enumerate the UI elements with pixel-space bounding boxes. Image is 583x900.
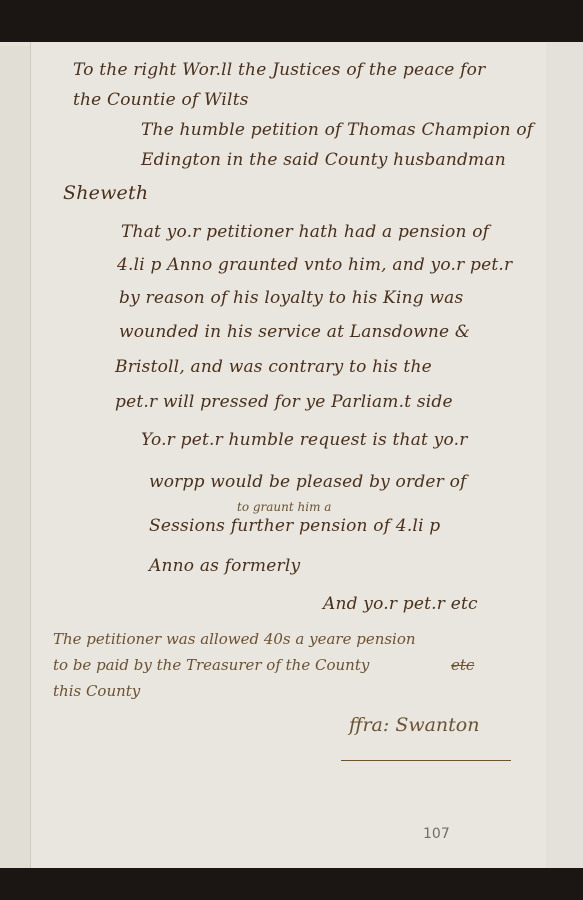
endorsement-line-2: to be paid by the Treasurer of the Count… — [53, 656, 369, 674]
endorsement-struck-word: etc — [451, 656, 474, 674]
petition-heading-1: The humble petition of Thomas Champion o… — [141, 120, 533, 140]
body-line-3: by reason of his loyalty to his King was — [119, 288, 463, 308]
body-line-5: Bristoll, and was contrary to his the — [115, 357, 432, 377]
endorsement-line-3: this County — [53, 682, 140, 700]
body-line-2: 4.li p Anno graunted vnto him, and yo.r … — [117, 255, 512, 275]
body-line-6: pet.r will pressed for ye Parliam.t side — [115, 392, 453, 412]
sheweth-heading: Sheweth — [63, 182, 148, 204]
signature: ffra: Swanton — [349, 714, 479, 736]
right-page-edge — [546, 42, 583, 868]
body-line-7: Yo.r pet.r humble request is that yo.r — [141, 430, 468, 450]
address-line-1: To the right Wor.ll the Justices of the … — [73, 60, 485, 80]
closing-line: And yo.r pet.r etc — [323, 594, 478, 614]
manuscript-sheet: To the right Wor.ll the Justices of the … — [0, 42, 583, 868]
folio-number: 107 — [423, 826, 450, 842]
left-page-edge — [0, 46, 30, 868]
interlineation: to graunt him a — [237, 500, 331, 514]
address-line-2: the Countie of Wilts — [73, 90, 249, 110]
body-line-4: wounded in his service at Lansdowne & — [119, 322, 470, 342]
body-line-1: That yo.r petitioner hath had a pension … — [121, 222, 489, 242]
manuscript-page: To the right Wor.ll the Justices of the … — [30, 42, 547, 868]
signature-flourish — [341, 760, 511, 761]
body-line-9: Sessions further pension of 4.li p — [149, 516, 440, 536]
petition-heading-2: Edington in the said County husbandman — [141, 150, 506, 170]
body-line-8: worpp would be pleased by order of — [149, 472, 467, 492]
body-line-10: Anno as formerly — [149, 556, 300, 576]
endorsement-line-1: The petitioner was allowed 40s a yeare p… — [53, 630, 416, 648]
